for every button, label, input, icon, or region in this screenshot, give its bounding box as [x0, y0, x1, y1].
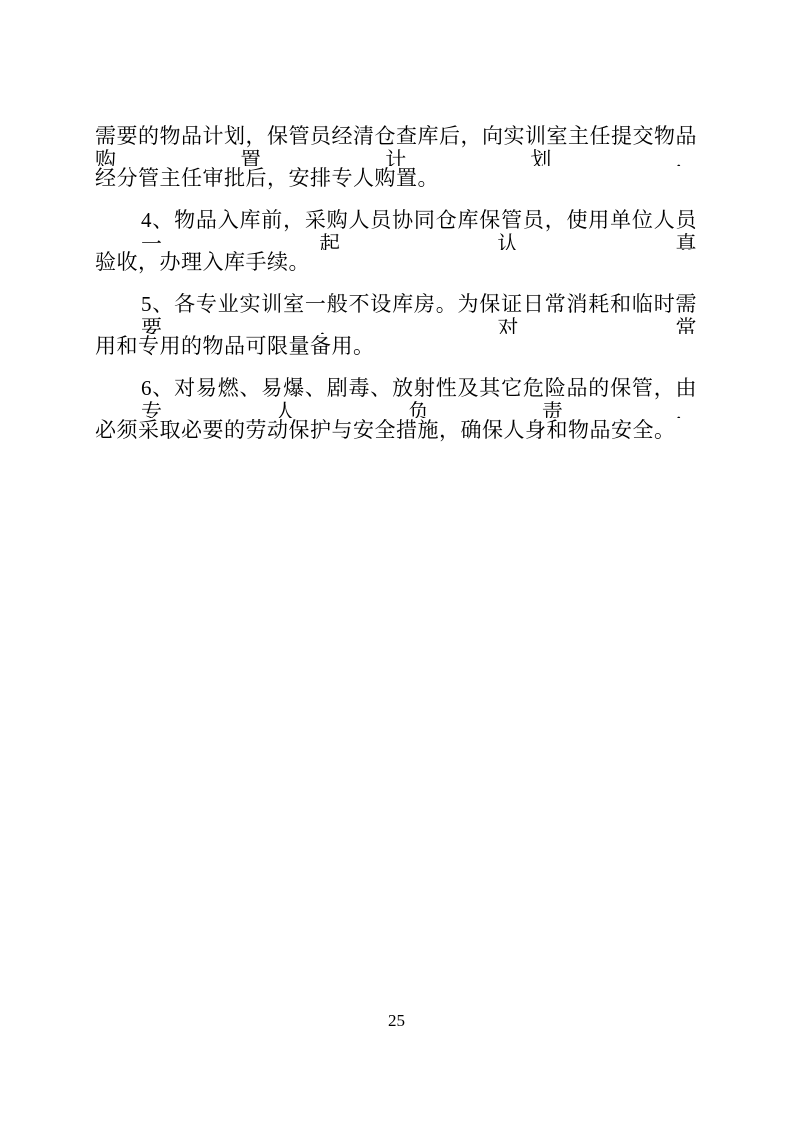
text-line: 6、对易燃、易爆、剧毒、放射性及其它危险品的保管，由专人负责，: [95, 376, 697, 418]
document-body: 需要的物品计划，保管员经清仓查库后，向实训室主任提交物品购置计划， 经分管主任审…: [95, 124, 697, 460]
text-line: 验收，办理入库手续。: [95, 250, 697, 292]
text-line: 4、物品入库前，采购人员协同仓库保管员，使用单位人员一起认真: [95, 208, 697, 250]
text-line: 用和专用的物品可限量备用。: [95, 334, 697, 376]
text-line: 经分管主任审批后，安排专人购置。: [95, 166, 697, 208]
text-line: 需要的物品计划，保管员经清仓查库后，向实训室主任提交物品购置计划，: [95, 124, 697, 166]
page-number: 25: [0, 1011, 793, 1031]
text-line: 5、各专业实训室一般不设库房。为保证日常消耗和临时需要，对常: [95, 292, 697, 334]
document-page: 需要的物品计划，保管员经清仓查库后，向实训室主任提交物品购置计划， 经分管主任审…: [0, 0, 793, 1122]
text-line: 必须采取必要的劳动保护与安全措施，确保人身和物品安全。: [95, 418, 697, 460]
